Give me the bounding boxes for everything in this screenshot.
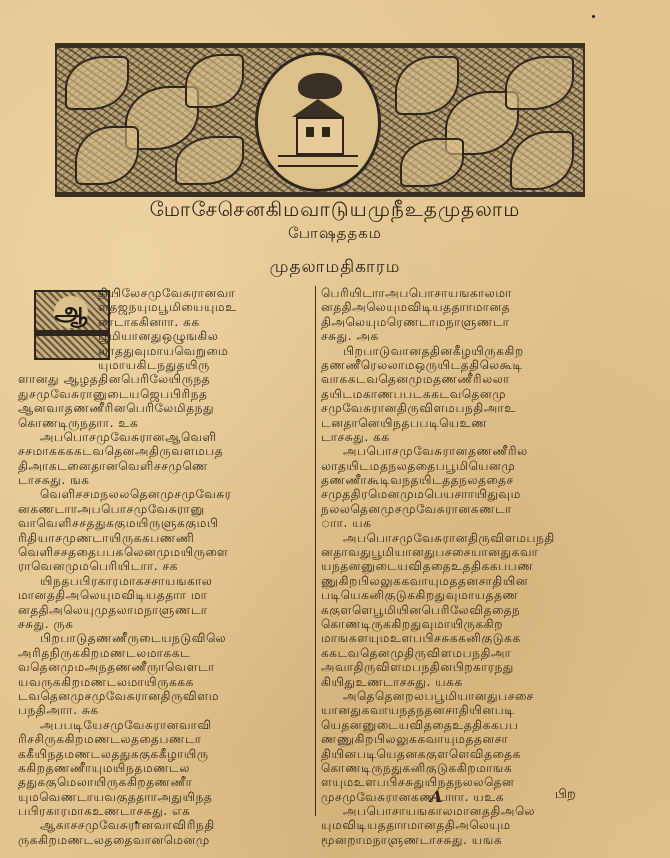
text-line: படியெகனிகுடுககிறதுவுமாயததண [321,588,621,602]
text-line: அதெதெனறலபபூமியானதுபசசை [321,689,621,703]
text-line: நலலதெனமுசமுவேசுரானகணடா [321,502,621,516]
text-line: அபபொசமுவேசுரானதணணீரில [321,444,621,458]
text-line: மானததிஅலெயுமவிடியததாா மா [18,588,311,602]
text-line: பெரியிடாாஅபபொசாயஙகாலமா [321,286,621,300]
text-line: அபபொசாயஙகாலமானததிஅலெ [321,804,621,818]
text-line: தயிடமகாணபபடககடவதெனமு [321,387,621,401]
text-line: திஅாகடனைதானவெளிசசமுணெ [18,459,311,473]
text-line: சசுது. அக [321,329,621,343]
text-line: டனதானெயிநதபபடியெஉண [321,416,621,430]
text-line: ளானது ஆழததினபெரிலேயிருநத [18,372,311,386]
house-window [322,127,330,137]
text-line: வதெனமுமஅநதணணீருாவெளடா [18,660,311,674]
text-line: வெளிசசததைபபகலெனமுமயிருளை [18,545,311,559]
text-line: யானதுகவாயநதநதனசாதியினபடி [321,703,621,717]
text-line: கொணடிருநதாா. உக [18,416,311,430]
ornament-leaf [505,56,574,110]
text-line: ருககிறமணடலததைவானமெனமு [18,833,311,847]
text-line: னததிஅலெயுமுதலாமநாளுணடா [18,603,311,617]
text-line: ககடவதெனமுதிருவிளமபநதிஅா [321,646,621,660]
text-line: ளதஜநயுமபூமியையுமஉ [18,300,311,314]
text-line: ததுககுமெலாயிருககிறதணணீா [18,775,311,789]
text-line: டாசசுது. ஙக [18,473,311,487]
text-line: னகணடாாஅபபொசமுவேசுரானு [18,502,311,516]
text-line: னதாவதுபூமியானதுபசசையானதுகவா [321,545,621,559]
text-line: வெளிசசமநலலதெனமுசமுவேசுர [18,487,311,501]
ornament-leaf [400,138,464,187]
text-line: தியினபடியெதனககுளளெவிததைக [321,747,621,761]
text-line: தணணீாகூடிவநதயிடததநலததைச [321,473,621,487]
text-line: ஆகாசசமுவேசுரானவாவிரிநதி [18,818,311,832]
text-line: பிறபாடுதணணீருடையநடுவிலெ [18,631,311,645]
text-line: யிநதபபிரகாரமாகசசாயஙகால [18,574,311,588]
text-line: சமுததிரமெனமுமபெயசாாயிதுவும [321,487,621,501]
ornament-leaf [75,126,139,185]
house-roof [292,99,344,117]
text-line: ளயுமஉளபபிசசுதுயிநதநலலதென [321,775,621,789]
ornament-leaf [395,56,459,115]
text-line: தணணீரெலலாமஒருயிடததிலெகூடி [321,358,621,372]
text-line: மாஙகளயுமஉளபபிசசுககனிகுடுகக [321,631,621,645]
text-line: யுமவெணடாயவகுததாாஅதுயிநத [18,790,311,804]
text-line: சசுது. ருக [18,617,311,631]
book-title: மோசேசெனகிமவாடுயமுநீஉதமுதலாம [0,197,670,224]
text-line: ககீயிநதமணடலததுககுககீழாயிரு [18,747,311,761]
text-line: யநதனனுடையவிததைஉததிககபபண [321,559,621,573]
signature-mark: A [430,787,442,806]
text-line: யுமவிடியததாாமானததிஅலெயும [321,818,621,832]
text-line: கொணடிருககிறதுவுமாயிருககிற [321,617,621,631]
scanned-page: மோசேசெனகிமவாடுயமுநீஉதமுதலாம போஷததகம முதல… [0,0,670,858]
house-window [306,127,314,137]
text-line: அரிதநிருககிறமணடலமாககட [18,646,311,660]
ornament-medallion [255,52,381,192]
text-line: ககுளளெபூமியினபெரிலேவிததைந [321,603,621,617]
text-line: அபபடியேசமுவேசுரானவாவி [18,718,311,732]
house-icon [296,117,344,155]
ornament-leaf [65,56,129,110]
ornament-leaf [510,131,574,190]
text-line: ககிறதணணீாயுமயிநதமணடல [18,761,311,775]
chapter-heading: முதலாமதிகாரம [0,257,670,279]
text-line: அபபொசமுவேசுரானதிருவிளமபநதி [321,531,621,545]
text-line: யுமாயகிடநதுதயிரு [18,358,311,372]
text-line: வாககடவதெனமுமதணணீரிலலா [321,372,621,386]
ornament-ground [278,155,358,167]
text-line: சசமாககககடவதெனஅதிருவளமபத [18,444,311,458]
text-line: னததிஅலெயுமவிடியததாாமானத [321,300,621,314]
ink-speck [592,15,595,18]
text-column-right: பெரியிடாாஅபபொசாயஙகாலமானததிஅலெயுமவிடியததா… [321,286,621,847]
text-line: அவாதிருவிளமபநதினபிறகாரநது [321,660,621,674]
book-subtitle: போஷததகம [0,224,670,244]
text-line: டாசசுது. கக [321,430,621,444]
text-line: திஅலெயுமரெணடாமநாளுணடா [321,315,621,329]
catchword: பிற [555,787,576,803]
text-line: ணுகிறபிலலுககவாயுமததனசாதியின [321,574,621,588]
text-line: வாவெளிசசததுககுமயிருளுககுமபி [18,516,311,530]
headpiece-ornament [55,43,585,197]
text-line: டவதெனமுசமுவேசுரானதிருவிளம [18,689,311,703]
text-line: பிறபாடுவானததினகீழயிருககிற [321,344,621,358]
text-line: சமுவேசுரானதிருவிளமபநதிஅாஉ [321,401,621,415]
text-line: ஆனவாதணணீரினபெரிலேமிதநது [18,401,311,415]
text-line: ரிசசிருககிறமணடலததைபணடா [18,732,311,746]
text-line: பூமியானதுஒழுஙகில [18,329,311,343]
text-line: பபிரகாரமாகஉணடாசசுது. எக [18,804,311,818]
text-column-left: தியிலேசமுவேசுரானவாளதஜநயுமபூமியையுமஉணடாகக… [18,286,311,847]
column-rule [315,286,316,816]
text-line: முசமுவேசுரானகணடாாா. யஉக [321,790,621,804]
text-line: ணடாககினாா. கக [18,315,311,329]
text-line: ராவெனமுமபெரியிடாா. சக [18,559,311,573]
text-line: யெதனனுடையவிததைஉததிககபப [321,718,621,732]
text-line: அபபொசமுவேசுரானஆவெளி [18,430,311,444]
text-line: ணணுகிறபிலலுககவாயுமததனசா [321,732,621,746]
ornament-leaf [185,54,244,108]
text-line: மூனறாமநாளுணடாசசுது. யஙக [321,833,621,847]
text-line: பநதிஅாா. சுக [18,703,311,717]
ornament-leaf [175,136,244,185]
text-line: ரிதியாசமுணடாயிருககபணணி [18,531,311,545]
text-line: தியிலேசமுவேசுரானவா [18,286,311,300]
text-line: ாா. யக [321,516,621,530]
text-line: யவருககிறமணடலமாயிருககக [18,675,311,689]
tree-icon [298,73,342,99]
text-line: கொணடிருநதுகனிகுடுககிறமாஙக [321,761,621,775]
text-line: துசமுவேசுரானுடையஜெபபிரிநத [18,387,311,401]
text-line: லாததுவுமாயவெறுமை [18,344,311,358]
text-line: கியிதுஉணடாசசுது. யகக [321,675,621,689]
text-line: லாதயிடமதநலததைபபூமியெனமு [321,459,621,473]
